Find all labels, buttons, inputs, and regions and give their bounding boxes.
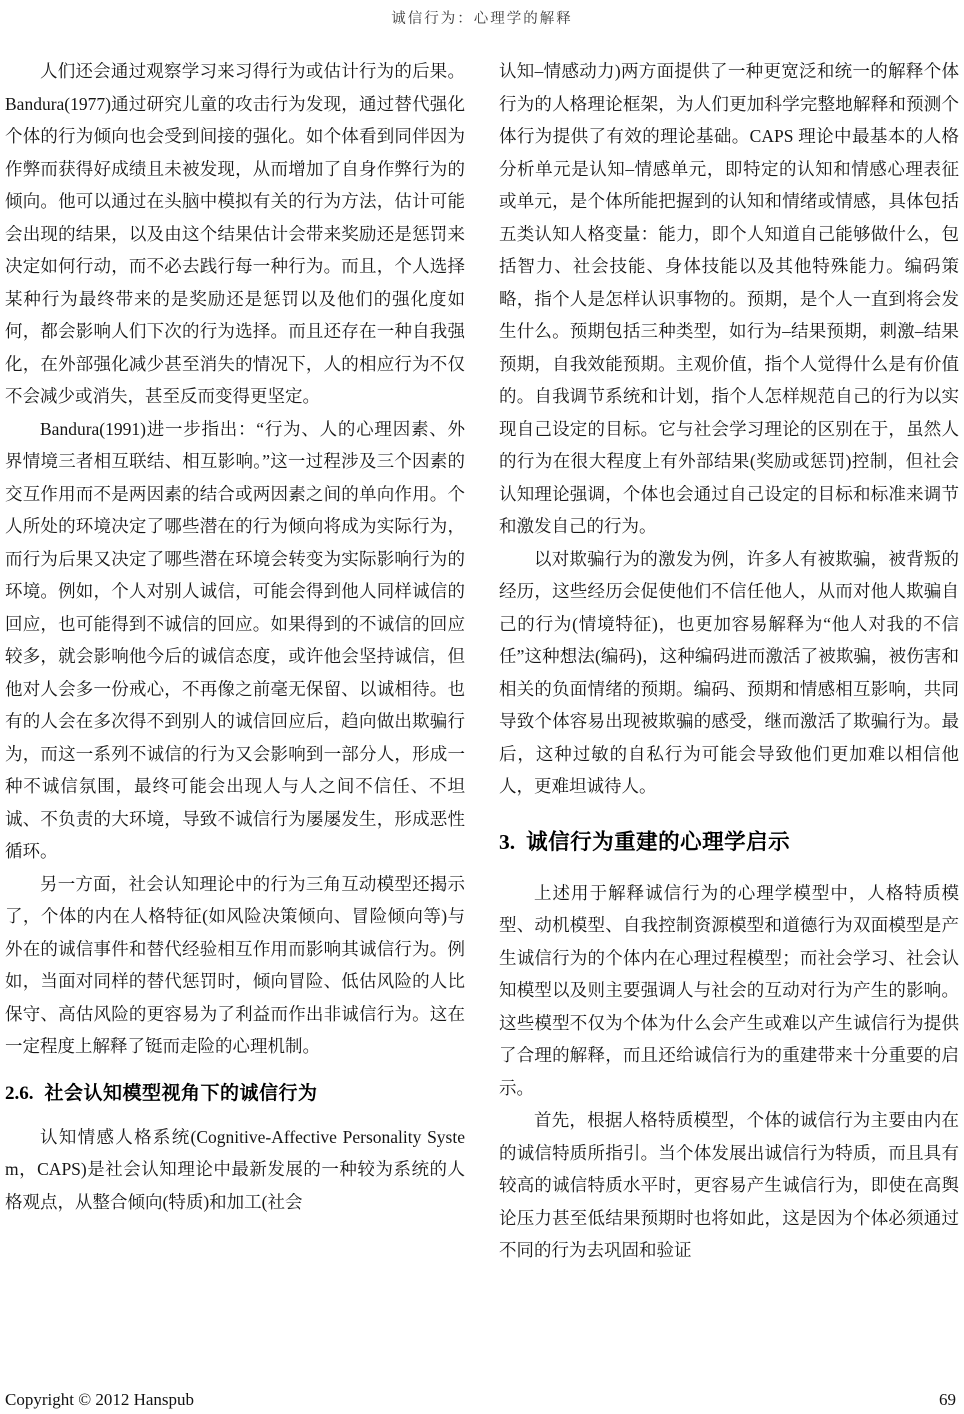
page-footer: Copyright © 2012 Hanspub 69 xyxy=(5,1390,956,1410)
section-heading-3: 3.诚信行为重建的心理学启示 xyxy=(499,827,959,857)
section-heading-2-6: 2.6.社会认知模型视角下的诚信行为 xyxy=(5,1080,465,1108)
paper-page: 诚信行为：心理学的解释 人们还会通过观察学习来习得行为或估计行为的后果。Band… xyxy=(0,0,964,1414)
right-column: 认知–情感动力)两方面提供了一种更宽泛和统一的解释个体行为的人格理论框架，为人们… xyxy=(499,55,959,1267)
paragraph-models-summary: 上述用于解释诚信行为的心理学模型中，人格特质模型、动机模型、自我控制资源模型和道… xyxy=(499,877,959,1105)
two-column-body: 人们还会通过观察学习来习得行为或估计行为的后果。Bandura(1977)通过研… xyxy=(5,55,959,1267)
copyright-notice: Copyright © 2012 Hanspub xyxy=(5,1390,194,1410)
paragraph-deception-example: 以对欺骗行为的激发为例，许多人有被欺骗，被背叛的经历，这些经历会促使他们不信任他… xyxy=(499,543,959,803)
paragraph-observational-learning: 人们还会通过观察学习来习得行为或估计行为的后果。Bandura(1977)通过研… xyxy=(5,55,465,413)
section-number: 2.6. xyxy=(5,1083,34,1104)
paragraph-trait-model-implication: 首先，根据人格特质模型，个体的诚信行为主要由内在的诚信特质所指引。当个体发展出诚… xyxy=(499,1104,959,1267)
section-title: 社会认知模型视角下的诚信行为 xyxy=(45,1083,318,1104)
running-head-title: 诚信行为：心理学的解释 xyxy=(0,7,964,28)
paragraph-bandura-1991: Bandura(1991)进一步指出：“行为、人的心理因素、外界情境三者相互联结… xyxy=(5,413,465,868)
paragraph-caps-continued: 认知–情感动力)两方面提供了一种更宽泛和统一的解释个体行为的人格理论框架，为人们… xyxy=(499,55,959,543)
left-column: 人们还会通过观察学习来习得行为或估计行为的后果。Bandura(1977)通过研… xyxy=(5,55,465,1267)
page-number: 69 xyxy=(939,1390,956,1410)
section-title: 诚信行为重建的心理学启示 xyxy=(526,830,790,854)
paragraph-triadic-model: 另一方面，社会认知理论中的行为三角互动模型还揭示了，个体的内在人格特征(如风险决… xyxy=(5,868,465,1063)
section-number: 3. xyxy=(499,830,515,854)
paragraph-caps-intro: 认知情感人格系统(Cognitive-Affective Personality… xyxy=(5,1121,465,1219)
